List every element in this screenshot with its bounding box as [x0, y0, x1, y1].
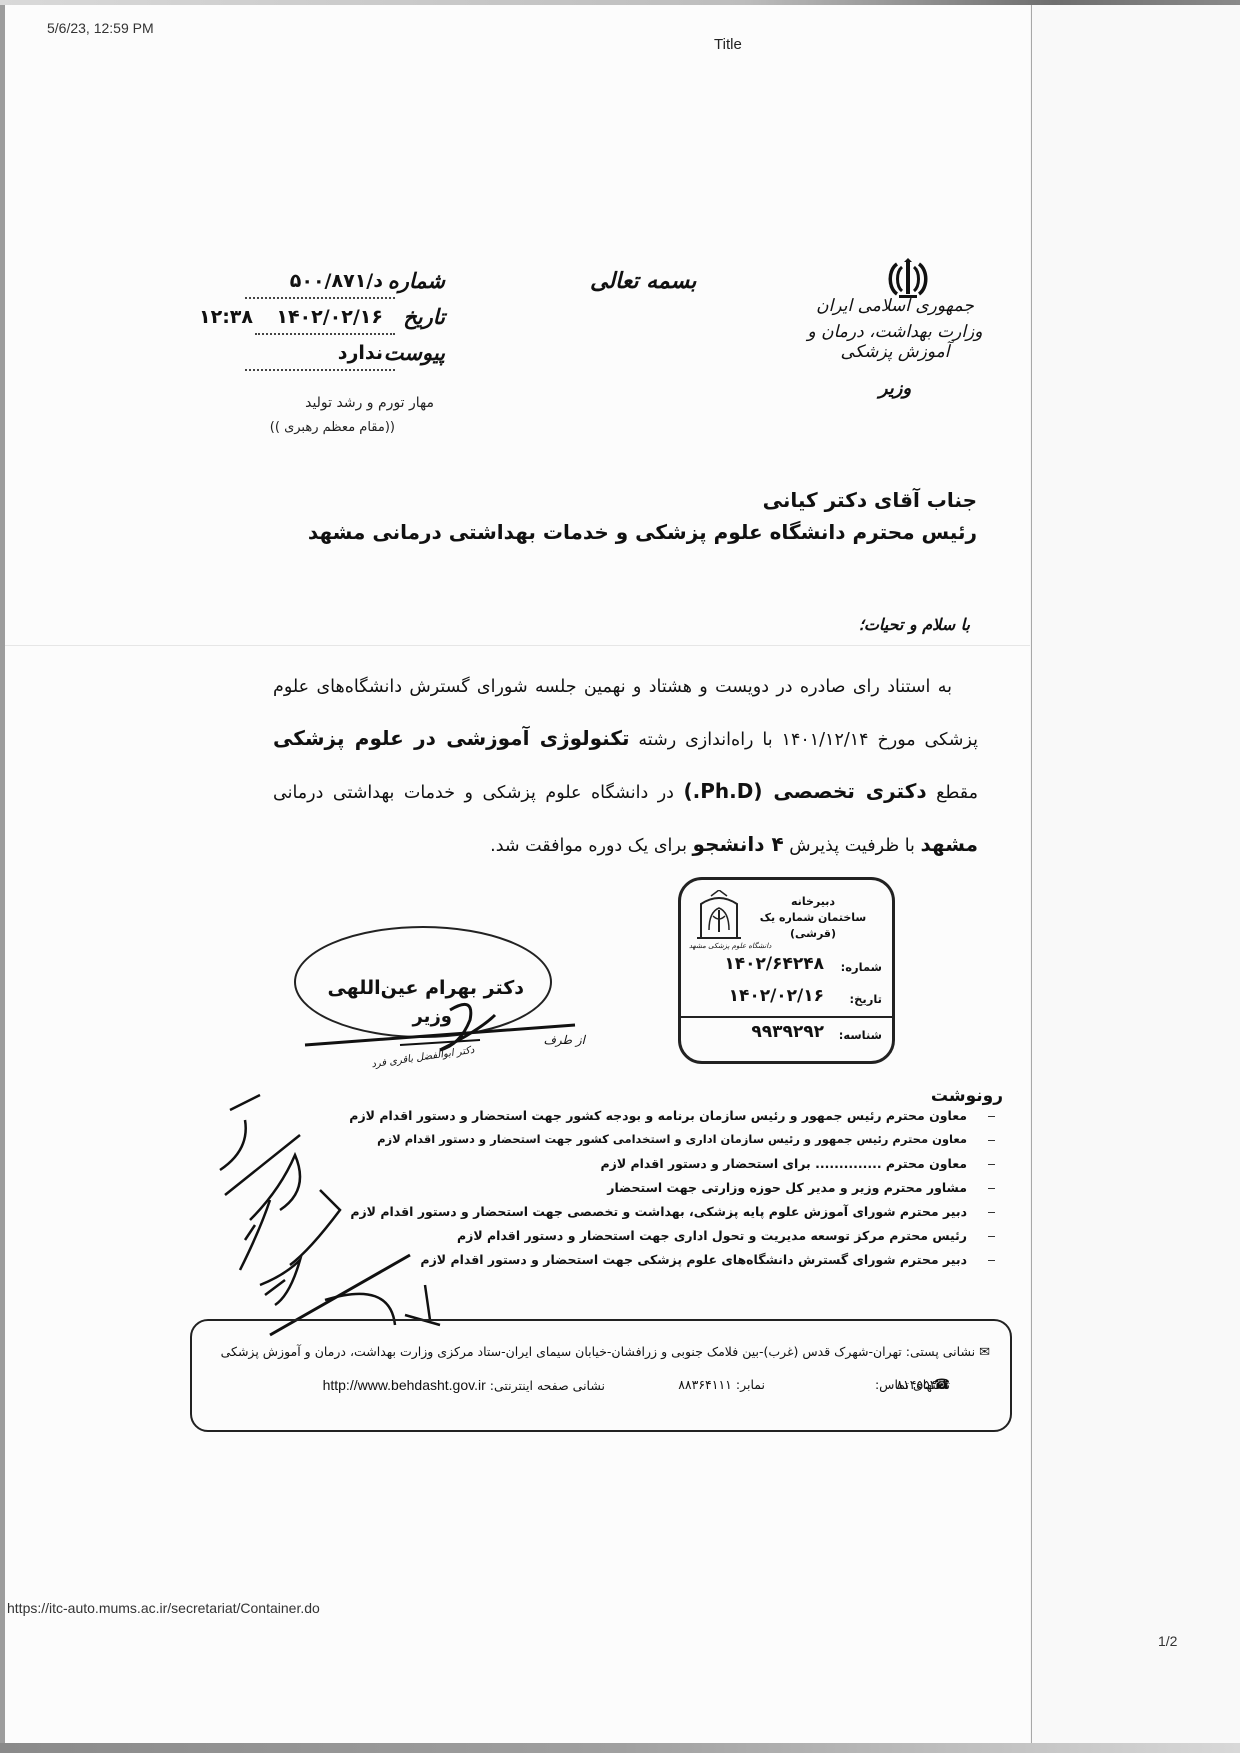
- number-label: شماره: [388, 268, 445, 293]
- print-page-number: 1/2: [1158, 1633, 1177, 1649]
- city-name: مشهد: [921, 832, 979, 856]
- cc-item: معاون محترم رئیس جمهور و رئیس سازمان ادا…: [435, 1132, 995, 1156]
- body-part-5: برای یک دوره موافقت شد.: [490, 836, 687, 856]
- postal-address: ✉ نشانی پستی: تهران-شهرک قدس (غرب)-بین ف…: [200, 1341, 990, 1364]
- dotted-line: [245, 297, 395, 299]
- university-logo-icon: [695, 890, 743, 942]
- handwritten-note: [190, 1080, 460, 1340]
- on-behalf-of: از طرف: [543, 1033, 585, 1047]
- ministry-name: وزارت بهداشت، درمان و آموزش پزشکی: [795, 322, 995, 362]
- stamp-id-label: شناسه:: [839, 1028, 882, 1042]
- time-value: ۱۲:۳۸: [199, 306, 253, 328]
- body-part-2: مقطع: [936, 783, 978, 803]
- fax: نمابر: ۸۸۳۶۴۱۱۱: [678, 1377, 765, 1392]
- stamp-number-row: شماره: ۱۴۰۲/۶۴۲۴۸: [692, 954, 882, 982]
- scan-edge-bottom: [0, 1743, 1240, 1753]
- body-part-3: در دانشگاه علوم پزشکی و خدمات بهداشتی در…: [273, 783, 674, 803]
- degree-name: دکتری تخصصی (Ph.D.): [683, 779, 926, 803]
- ministry-letterhead: جمهوری اسلامی ایران وزارت بهداشت، درمان …: [795, 296, 995, 399]
- stamp-date-value: ۱۴۰۲/۰۲/۱۶: [729, 986, 824, 1006]
- addressee-name: جناب آقای دکتر کیانی: [763, 488, 977, 512]
- date-label: تاریخ: [403, 304, 445, 329]
- body-part-4: با ظرفیت پذیرش: [789, 836, 915, 856]
- attachment-value: ندارد: [338, 342, 383, 364]
- cc-item: دبیر محترم شورای آموزش علوم پایه پزشکی، …: [435, 1204, 995, 1228]
- cc-list: معاون محترم رئیس جمهور و رئیس سازمان برن…: [435, 1108, 995, 1276]
- dotted-line: [245, 369, 395, 371]
- republic-name: جمهوری اسلامی ایران: [795, 296, 995, 316]
- stamp-date-label: تاریخ:: [850, 992, 882, 1006]
- paper-fold-line: [5, 645, 1030, 646]
- phone: ☎ تلفنهای تماس: ۸۱۴۵۵۴۰۱: [896, 1377, 950, 1392]
- ministry-contact-box: ✉ نشانی پستی: تهران-شهرک قدس (غرب)-بین ف…: [190, 1319, 1012, 1432]
- meta-number-row: شماره د/۵۰۰/۸۷۱: [195, 268, 445, 304]
- document-page: [5, 5, 1030, 1743]
- year-slogan: مهار تورم و رشد تولید: [305, 395, 434, 411]
- cc-title: رونوشت: [931, 1086, 1003, 1106]
- logo-caption: دانشگاه علوم پزشکی مشهد: [689, 942, 771, 950]
- greeting: با سلام و تحیات؛: [859, 615, 970, 634]
- stamp-heading: دبیرخانه ساختمان شماره یک (قرشی): [748, 894, 878, 942]
- stamp-number-value: ۱۴۰۲/۶۴۲۴۸: [724, 954, 824, 974]
- date-value: ۱۴۰۲/۰۲/۱۶: [276, 306, 383, 328]
- stamp-building: ساختمان شماره یک: [748, 910, 878, 926]
- cc-item: مشاور محترم وزیر و مدیر کل حوزه وزارتی ج…: [435, 1180, 995, 1204]
- website-link[interactable]: http://www.behdasht.gov.ir: [323, 1377, 486, 1393]
- print-title: Title: [714, 36, 742, 53]
- letter-body: به استناد رای صادره در دویست و هشتاد و ن…: [273, 662, 978, 872]
- stamp-date-row: تاریخ: ۱۴۰۲/۰۲/۱۶: [692, 986, 882, 1014]
- stamp-id-row: شناسه: ۹۹۳۹۲۹۲: [692, 1022, 882, 1050]
- addressee-title: رئیس محترم دانشگاه علوم پزشکی و خدمات به…: [308, 520, 977, 544]
- print-url: https://itc-auto.mums.ac.ir/secretariat/…: [7, 1600, 320, 1616]
- stamp-id-value: ۹۹۳۹۲۹۲: [751, 1022, 824, 1042]
- stamp-office: دبیرخانه: [748, 894, 878, 910]
- letter-meta: شماره د/۵۰۰/۸۷۱ تاریخ ۱۴۰۲/۰۲/۱۶ ۱۲:۳۸ پ…: [195, 268, 445, 376]
- meta-date-row: تاریخ ۱۴۰۲/۰۲/۱۶ ۱۲:۳۸: [195, 304, 445, 340]
- minister-label: وزیر: [795, 378, 995, 399]
- website: نشانی صفحه اینترنتی: http://www.behdasht…: [323, 1377, 605, 1393]
- cc-item: دبیر محترم شورای گسترش دانشگاه‌های علوم …: [435, 1252, 995, 1276]
- cc-item: معاون محترم رئیس جمهور و رئیس سازمان برن…: [435, 1108, 995, 1132]
- iran-emblem-icon: [885, 258, 931, 300]
- capacity: ۴ دانشجو: [693, 832, 784, 856]
- mail-icon: ✉: [979, 1345, 990, 1360]
- field-name: تکنولوژی آموزشی در علوم پزشکی: [273, 726, 629, 750]
- dotted-line: [255, 333, 395, 335]
- scan-margin-strip: [1031, 5, 1240, 1743]
- slogan-source: ((مقام معظم رهبری )): [270, 420, 395, 435]
- stamp-divider: [681, 1016, 892, 1018]
- meta-attachment-row: پیوست ندارد: [195, 340, 445, 376]
- number-value: د/۵۰۰/۸۷۱: [290, 270, 383, 292]
- stamp-number-label: شماره:: [841, 960, 882, 974]
- scan-edge-top: [0, 0, 1240, 5]
- bismillah: بسمه تعالی: [590, 268, 696, 294]
- registry-stamp: دانشگاه علوم پزشکی مشهد دبیرخانه ساختمان…: [678, 877, 895, 1064]
- stamp-location: (قرشی): [748, 926, 878, 942]
- attachment-label: پیوست: [384, 340, 445, 365]
- cc-item: رئیس محترم مرکز توسعه مدیریت و تحول ادار…: [435, 1228, 995, 1252]
- cc-item: معاون محترم .............. برای استحضار …: [435, 1156, 995, 1180]
- print-datetime: 5/6/23, 12:59 PM: [47, 20, 154, 36]
- contact-row: ☎ تلفنهای تماس: ۸۱۴۵۵۴۰۱ نمابر: ۸۸۳۶۴۱۱۱…: [210, 1377, 950, 1397]
